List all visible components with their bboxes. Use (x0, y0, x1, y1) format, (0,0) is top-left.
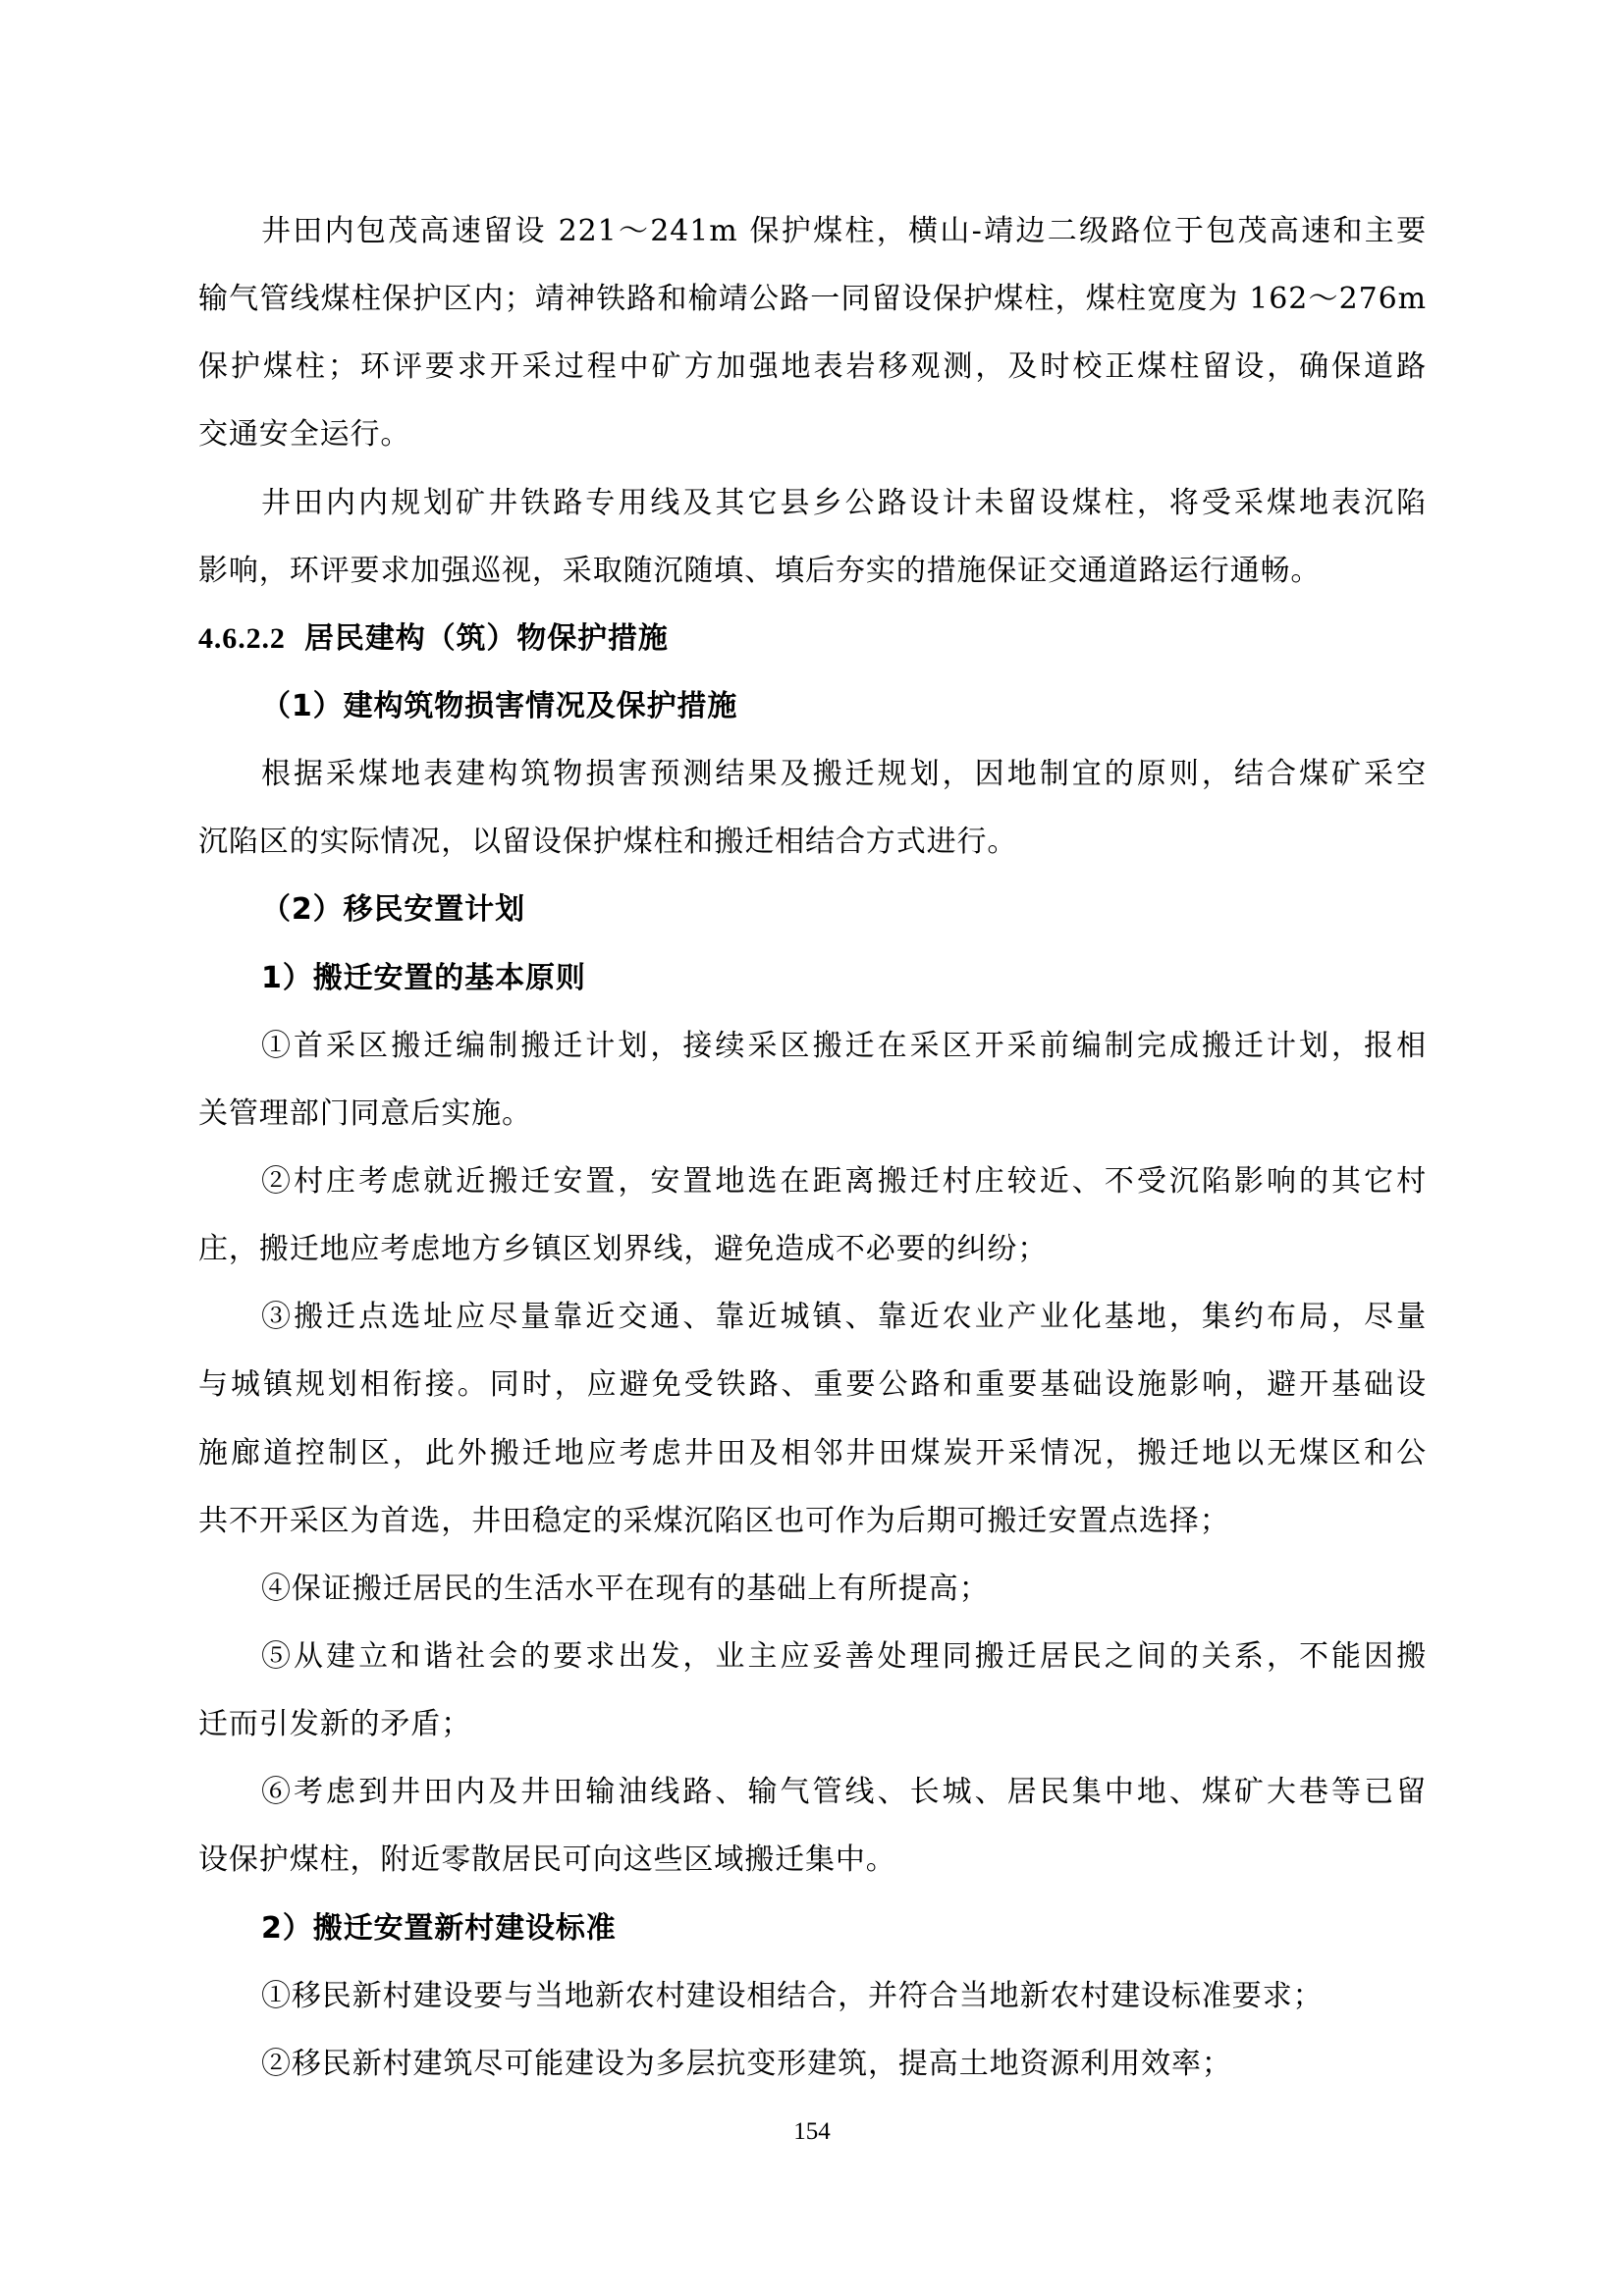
standard-2: ②移民新村建筑尽可能建设为多层抗变形建筑，提高土地资源利用效率； (198, 2030, 1427, 2098)
principle-2: ②村庄考虑就近搬迁安置，安置地选在距离搬迁村庄较近、不受沉陷影响的其它村 庄，搬… (198, 1148, 1427, 1283)
text-line: ①移民新村建设要与当地新农村建设相结合，并符合当地新农村建设标准要求； (198, 1962, 1427, 2030)
subsection-heading-2: （2）移民安置计划 (198, 876, 1427, 943)
section-title: 居民建构（筑）物保护措施 (304, 621, 669, 656)
section-heading: 4.6.2.2居民建构（筑）物保护措施 (198, 605, 1427, 672)
text-line: 共不开采区为首选，井田稳定的采煤沉陷区也可作为后期可搬迁安置点选择； (198, 1487, 1427, 1555)
text-line: ①首采区搬迁编制搬迁计划，接续采区搬迁在采区开采前编制完成搬迁计划，报相 (198, 1012, 1427, 1080)
page-body: 井田内包茂高速留设 221～241m 保护煤柱，横山-靖边二级路位于包茂高速和主… (198, 197, 1427, 2098)
text-line: ⑤从建立和谐社会的要求出发，业主应妥善处理同搬迁居民之间的关系，不能因搬 (198, 1623, 1427, 1690)
text-line: 庄，搬迁地应考虑地方乡镇区划界线，避免造成不必要的纠纷； (198, 1215, 1427, 1283)
text-line: 沉陷区的实际情况，以留设保护煤柱和搬迁相结合方式进行。 (198, 808, 1427, 876)
text-line: 根据采煤地表建构筑物损害预测结果及搬迁规划，因地制宜的原则，结合煤矿采空 (198, 740, 1427, 808)
paragraph-protection-approach: 根据采煤地表建构筑物损害预测结果及搬迁规划，因地制宜的原则，结合煤矿采空 沉陷区… (198, 740, 1427, 876)
text-line: 井田内包茂高速留设 221～241m 保护煤柱，横山-靖边二级路位于包茂高速和主… (198, 197, 1427, 265)
document-page: 井田内包茂高速留设 221～241m 保护煤柱，横山-靖边二级路位于包茂高速和主… (0, 0, 1624, 2296)
text-line: 输气管线煤柱保护区内；靖神铁路和榆靖公路一同留设保护煤柱，煤柱宽度为 162～2… (198, 265, 1427, 333)
text-line: 保护煤柱；环评要求开采过程中矿方加强地表岩移观测，及时校正煤柱留设，确保道路 (198, 333, 1427, 400)
subsection-heading-1: （1）建构筑物损害情况及保护措施 (198, 672, 1427, 740)
item-heading-basic-principles: 1）搬迁安置的基本原则 (198, 944, 1427, 1012)
text-line: ⑥考虑到井田内及井田输油线路、输气管线、长城、居民集中地、煤矿大巷等已留 (198, 1758, 1427, 1826)
principle-6: ⑥考虑到井田内及井田输油线路、输气管线、长城、居民集中地、煤矿大巷等已留 设保护… (198, 1758, 1427, 1894)
standard-1: ①移民新村建设要与当地新农村建设相结合，并符合当地新农村建设标准要求； (198, 1962, 1427, 2030)
principle-5: ⑤从建立和谐社会的要求出发，业主应妥善处理同搬迁居民之间的关系，不能因搬 迁而引… (198, 1623, 1427, 1758)
item-heading-new-village-standards: 2）搬迁安置新村建设标准 (198, 1895, 1427, 1962)
text-line: 影响，环评要求加强巡视，采取随沉随填、填后夯实的措施保证交通道路运行通畅。 (198, 537, 1427, 605)
text-line: 与城镇规划相衔接。同时，应避免受铁路、重要公路和重要基础设施影响，避开基础设 (198, 1351, 1427, 1418)
text-line: 井田内内规划矿井铁路专用线及其它县乡公路设计未留设煤柱，将受采煤地表沉陷 (198, 469, 1427, 537)
principle-4: ④保证搬迁居民的生活水平在现有的基础上有所提高； (198, 1555, 1427, 1623)
text-line: ②村庄考虑就近搬迁安置，安置地选在距离搬迁村庄较近、不受沉陷影响的其它村 (198, 1148, 1427, 1215)
paragraph-planned-railway: 井田内内规划矿井铁路专用线及其它县乡公路设计未留设煤柱，将受采煤地表沉陷 影响，… (198, 469, 1427, 605)
page-number: 154 (0, 2118, 1624, 2146)
principle-1: ①首采区搬迁编制搬迁计划，接续采区搬迁在采区开采前编制完成搬迁计划，报相 关管理… (198, 1012, 1427, 1148)
text-line: 交通安全运行。 (198, 400, 1427, 468)
text-line: ③搬迁点选址应尽量靠近交通、靠近城镇、靠近农业产业化基地，集约布局，尽量 (198, 1283, 1427, 1351)
text-line: 迁而引发新的矛盾； (198, 1690, 1427, 1758)
text-line: 关管理部门同意后实施。 (198, 1080, 1427, 1148)
text-line: ④保证搬迁居民的生活水平在现有的基础上有所提高； (198, 1555, 1427, 1623)
text-line: 设保护煤柱，附近零散居民可向这些区域搬迁集中。 (198, 1826, 1427, 1894)
text-line: ②移民新村建筑尽可能建设为多层抗变形建筑，提高土地资源利用效率； (198, 2030, 1427, 2098)
text-line: 施廊道控制区，此外搬迁地应考虑井田及相邻井田煤炭开采情况，搬迁地以无煤区和公 (198, 1419, 1427, 1487)
section-number: 4.6.2.2 (198, 605, 304, 672)
principle-3: ③搬迁点选址应尽量靠近交通、靠近城镇、靠近农业产业化基地，集约布局，尽量 与城镇… (198, 1283, 1427, 1555)
paragraph-road-coal-pillar: 井田内包茂高速留设 221～241m 保护煤柱，横山-靖边二级路位于包茂高速和主… (198, 197, 1427, 469)
